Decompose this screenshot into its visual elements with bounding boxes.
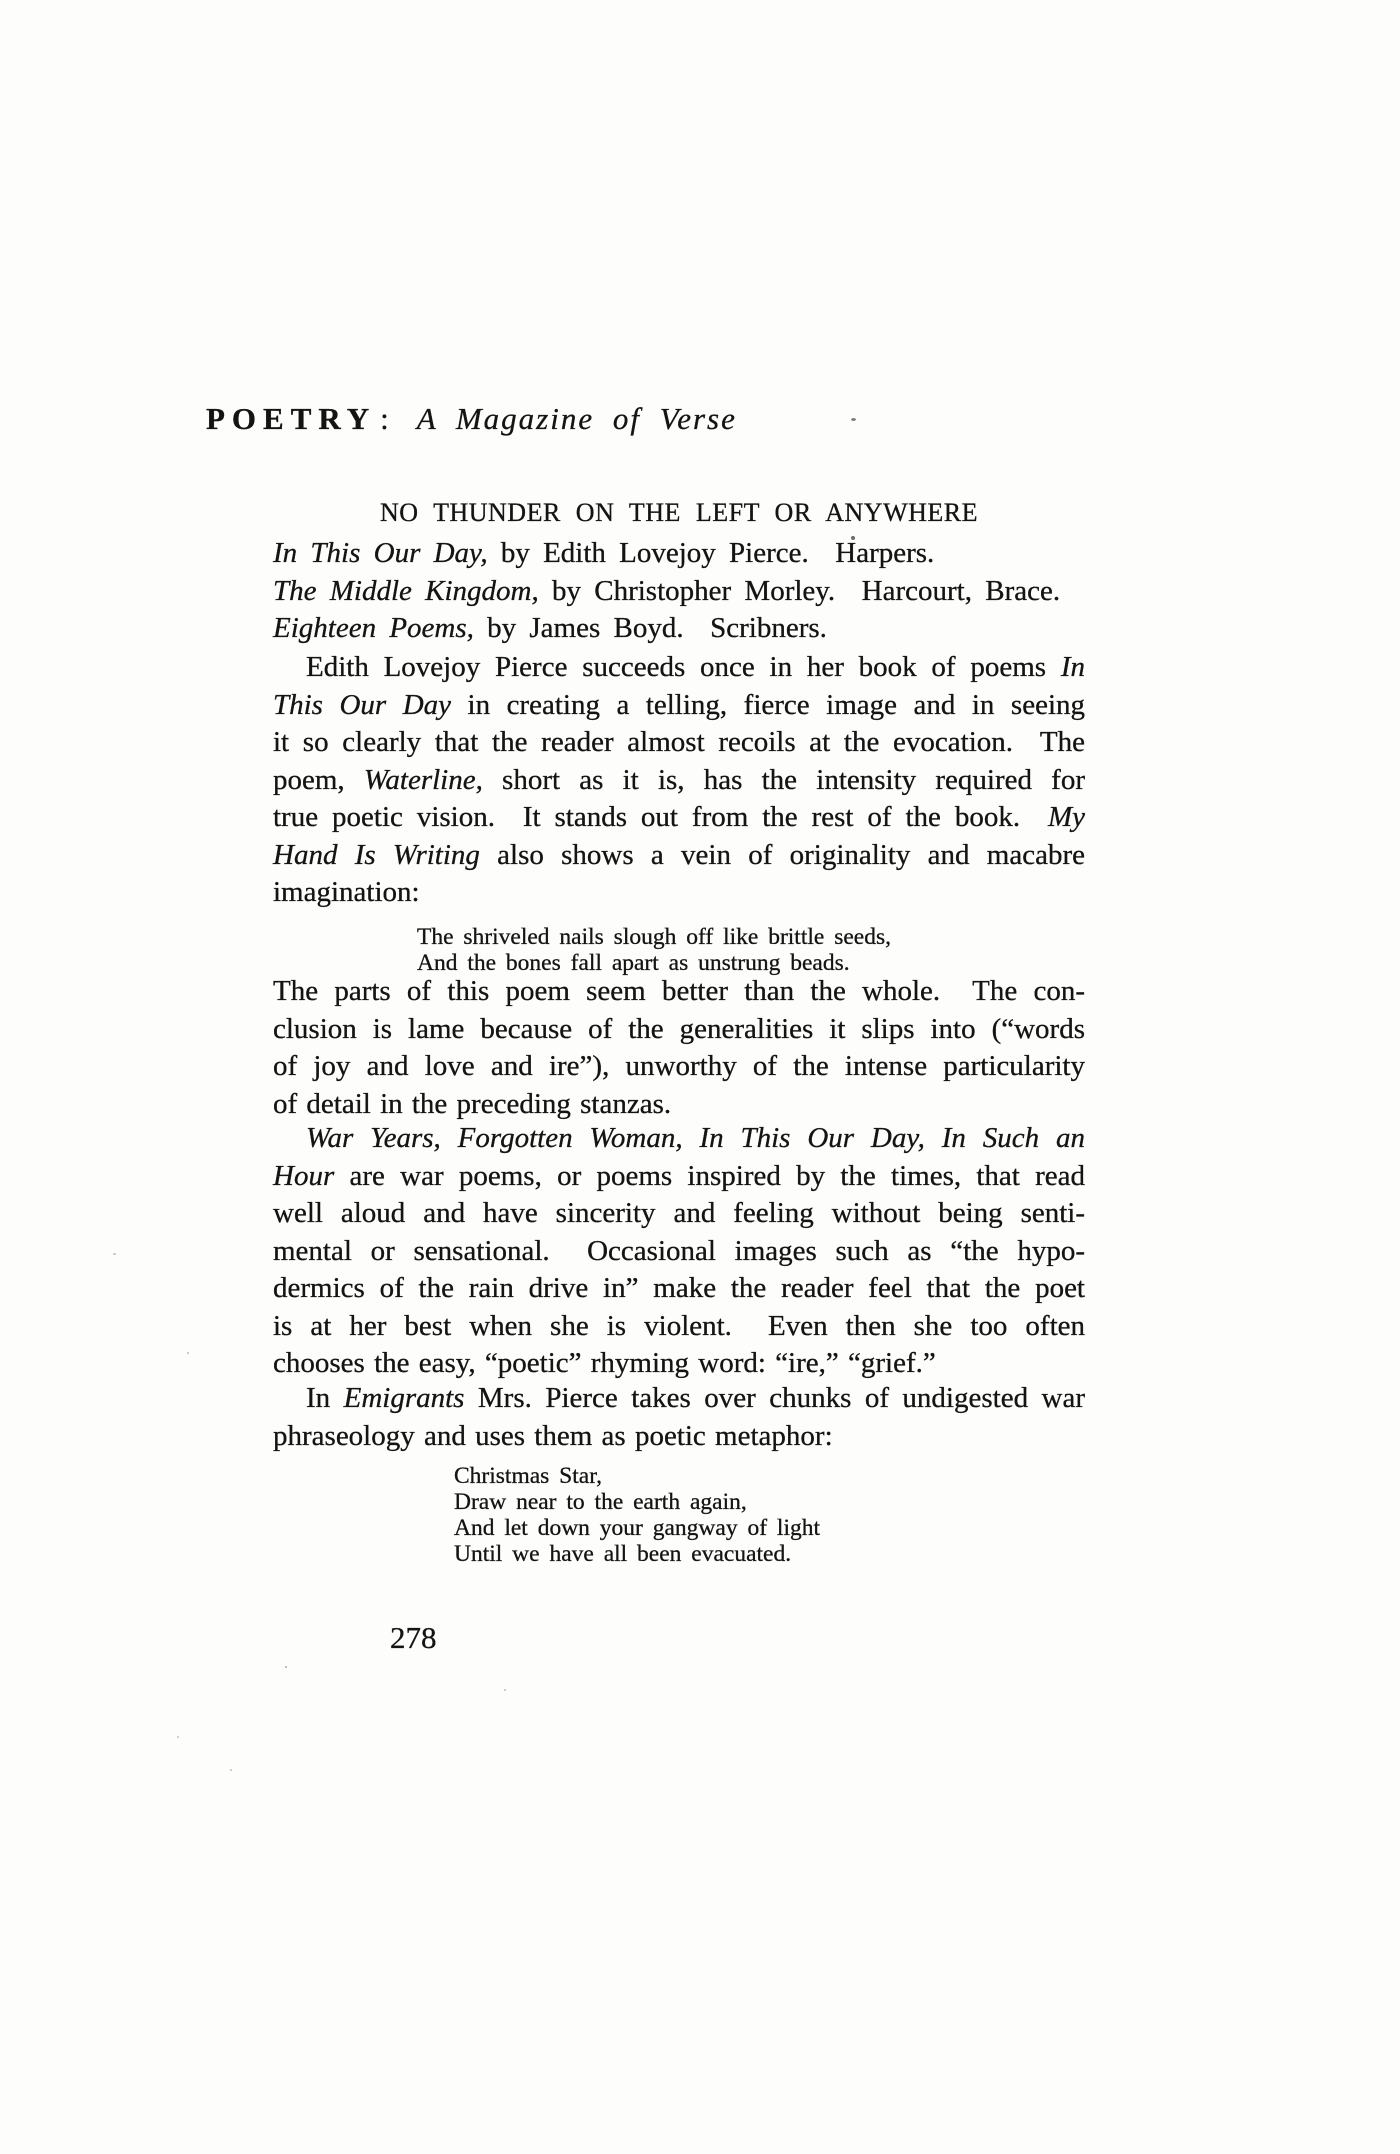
text-line: phraseology and uses them as poetic meta… — [273, 1418, 1085, 1456]
masthead-colon: : — [380, 401, 389, 436]
verse-quote-1: The shriveled nails slough off like brit… — [417, 924, 891, 976]
text-line: In Emigrants Mrs. Pierce takes over chun… — [273, 1380, 1085, 1418]
scanned-page: POETRY:A Magazine of Verse NO THUNDER ON… — [0, 0, 1400, 2154]
text-line: clusion is lame because of the generalit… — [273, 1011, 1085, 1049]
text-line: mental or sensational. Occasional images… — [273, 1233, 1085, 1271]
text-line: And let down your gangway of light — [454, 1515, 820, 1541]
scan-speck — [113, 1253, 116, 1255]
journal-title: POETRY — [206, 401, 376, 436]
scan-speck — [230, 1769, 232, 1771]
paragraph-3: War Years, Forgotten Woman, In This Our … — [273, 1120, 1085, 1383]
masthead: POETRY:A Magazine of Verse — [206, 401, 737, 437]
text-line: Until we have all been evacuated. — [454, 1541, 820, 1567]
text-line: War Years, Forgotten Woman, In This Our … — [273, 1120, 1085, 1158]
text-line: of detail in the preceding stanzas. — [273, 1086, 1085, 1124]
page-number: 278 — [390, 1620, 437, 1656]
text-line: is at her best when she is violent. Even… — [273, 1308, 1085, 1346]
text-line: dermics of the rain drive in” make the r… — [273, 1270, 1085, 1308]
scan-speck — [504, 1689, 506, 1691]
text-line: poem, Waterline, short as it is, has the… — [273, 762, 1085, 800]
text-line: Hour are war poems, or poems inspired by… — [273, 1158, 1085, 1196]
scan-speck — [177, 1736, 179, 1738]
scan-speck — [187, 1352, 189, 1354]
text-line: of joy and love and ire”), unworthy of t… — [273, 1048, 1085, 1086]
text-line: imagination: — [273, 874, 1085, 912]
scan-speck — [851, 536, 855, 540]
text-line: true poetic vision. It stands out from t… — [273, 799, 1085, 837]
paragraph-1: Edith Lovejoy Pierce succeeds once in he… — [273, 649, 1085, 912]
text-line: The shriveled nails slough off like brit… — [417, 924, 891, 950]
text-line: The Middle Kingdom, by Christopher Morle… — [273, 573, 1085, 611]
journal-subtitle: A Magazine of Verse — [417, 401, 737, 436]
text-line: Draw near to the earth again, — [454, 1489, 820, 1515]
text-line: This Our Day in creating a telling, fier… — [273, 687, 1085, 725]
text-line: In This Our Day, by Edith Lovejoy Pierce… — [273, 535, 1085, 573]
scan-speck — [285, 1666, 287, 1668]
text-line: chooses the easy, “poetic” rhyming word:… — [273, 1345, 1085, 1383]
review-heading: NO THUNDER ON THE LEFT OR ANYWHERE — [273, 498, 1085, 528]
text-line: The parts of this poem seem better than … — [273, 973, 1085, 1011]
paragraph-4: In Emigrants Mrs. Pierce takes over chun… — [273, 1380, 1085, 1455]
paragraph-2: The parts of this poem seem better than … — [273, 973, 1085, 1123]
text-line: Hand Is Writing also shows a vein of ori… — [273, 837, 1085, 875]
text-line: well aloud and have sincerity and feelin… — [273, 1195, 1085, 1233]
text-line: Edith Lovejoy Pierce succeeds once in he… — [273, 649, 1085, 687]
book-list: In This Our Day, by Edith Lovejoy Pierce… — [273, 535, 1085, 648]
text-line: Christmas Star, — [454, 1463, 820, 1489]
text-line: Eighteen Poems, by James Boyd. Scribners… — [273, 610, 1085, 648]
scan-speck — [851, 418, 856, 421]
verse-quote-2: Christmas Star,Draw near to the earth ag… — [454, 1463, 820, 1567]
text-line: it so clearly that the reader almost rec… — [273, 724, 1085, 762]
